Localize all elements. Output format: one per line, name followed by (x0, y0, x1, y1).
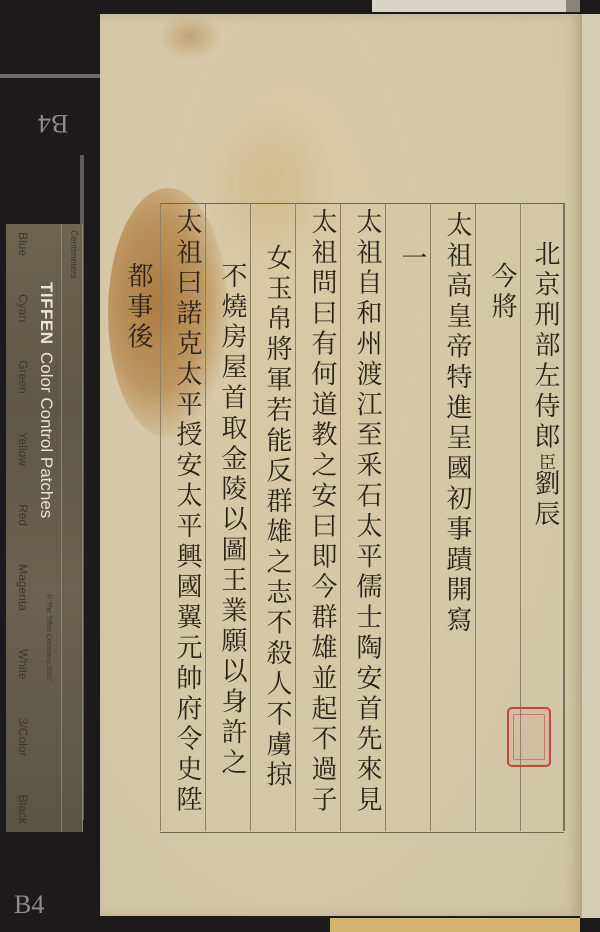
text-column: 太祖高皇帝特進呈國初事蹟開寫 (437, 211, 477, 637)
color-patch-labels: Blue Cyan Green Yellow Red Magenta White… (16, 224, 30, 832)
top-grey-strip (566, 0, 580, 12)
tiffen-brand-logo: TIFFEN (36, 282, 56, 345)
color-strip-copyright: © The Tiffen Company 2007 (45, 594, 52, 681)
background-label-top: B4 (38, 108, 68, 138)
patch-label: Cyan (16, 294, 30, 322)
patch-label: Yellow (16, 432, 30, 466)
text-column: 太祖曰諾克太平授安太平興國翼元帥府令史陞 (167, 208, 207, 816)
author-name: 劉辰 (530, 470, 560, 531)
color-strip-title: Color Control Patches (36, 352, 56, 518)
background-grid-line (0, 74, 100, 78)
text-column: 太祖自和州渡江至釆石太平儒士陶安首先來見 (347, 208, 387, 816)
patch-label: Red (16, 504, 30, 526)
top-light-strip (372, 0, 567, 12)
column-rule (430, 203, 431, 831)
patch-label: Green (16, 360, 30, 393)
author-title: 北京刑部左侍郎 (530, 240, 560, 453)
seal-inner-border (513, 714, 545, 760)
water-stain (160, 14, 220, 59)
column-rule (160, 203, 161, 831)
background-label-bottom: B4 (14, 890, 44, 920)
text-column: 一 (392, 244, 432, 274)
official-mark: 臣 (535, 453, 555, 470)
patch-label: White (16, 649, 30, 680)
patch-label: Magenta (16, 564, 30, 611)
text-column: 太祖問曰有何道教之安曰即今群雄並起不過子 (302, 208, 342, 816)
next-page-edge (580, 14, 600, 918)
red-seal-stamp (507, 707, 551, 767)
patch-label: 3/Color (16, 718, 30, 757)
text-column: 女玉帛將軍若能反群雄之志不殺人不虜掠 (257, 244, 297, 791)
ruler-scale: Centimeters (61, 224, 82, 832)
text-column-author: 北京刑部左侍郎臣劉辰 (525, 240, 565, 531)
text-column: 都事後 (118, 262, 158, 353)
patch-label: Blue (16, 232, 30, 256)
tiffen-color-control-strip: Centimeters TIFFEN Color Control Patches… (6, 224, 83, 832)
text-column: 今將 (482, 262, 522, 323)
patch-label: Black (16, 795, 30, 824)
text-column: 不燒房屋首取金陵以圖王業願以身許之 (212, 262, 252, 779)
ruler-unit-label: Centimeters (69, 230, 79, 279)
bottom-yellow-strip (330, 918, 580, 932)
